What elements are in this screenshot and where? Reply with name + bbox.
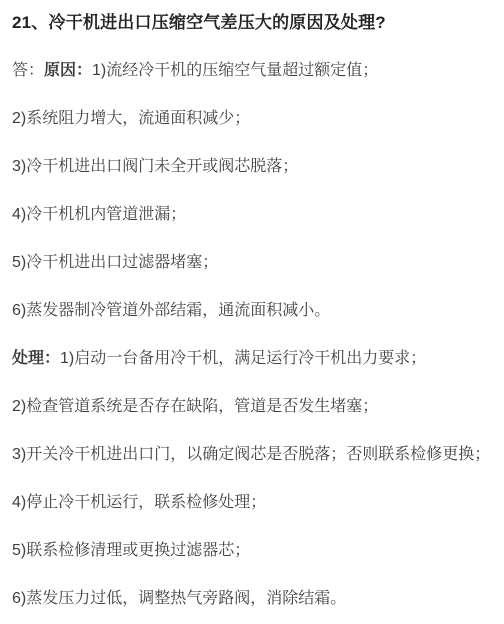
answer-label: 答： bbox=[12, 62, 44, 79]
treatment-item: 1)启动一台备用冷干机，满足运行冷干机出力要求； bbox=[60, 350, 426, 367]
answer-cause-first-line: 答：原因：1)流经冷干机的压缩空气量超过额定值； bbox=[12, 60, 494, 81]
treatment-label: 处理： bbox=[12, 350, 60, 367]
document-page: 21、冷干机进出口压缩空气差压大的原因及处理? 答：原因：1)流经冷干机的压缩空… bbox=[0, 0, 504, 609]
cause-item: 1)流经冷干机的压缩空气量超过额定值； bbox=[92, 62, 378, 79]
cause-item: 3)冷干机进出口阀门未全开或阀芯脱落； bbox=[12, 156, 494, 177]
treatment-first-line: 处理：1)启动一台备用冷干机，满足运行冷干机出力要求； bbox=[12, 348, 494, 369]
cause-item: 5)冷干机进出口过滤器堵塞； bbox=[12, 252, 494, 273]
treatment-item: 2)检查管道系统是否存在缺陷，管道是否发生堵塞； bbox=[12, 396, 494, 417]
cause-label: 原因： bbox=[44, 62, 92, 79]
cause-item: 4)冷干机机内管道泄漏； bbox=[12, 204, 494, 225]
cause-item: 6)蒸发器制冷管道外部结霜，通流面积减小。 bbox=[12, 300, 494, 321]
question-title: 21、冷干机进出口压缩空气差压大的原因及处理? bbox=[12, 12, 494, 34]
treatment-item: 6)蒸发压力过低，调整热气旁路阀，消除结霜。 bbox=[12, 588, 494, 609]
treatment-item: 5)联系检修清理或更换过滤器芯； bbox=[12, 540, 494, 561]
cause-item: 2)系统阻力增大，流通面积减少； bbox=[12, 108, 494, 129]
treatment-item: 3)开关冷干机进出口门，以确定阀芯是否脱落；否则联系检修更换； bbox=[12, 444, 494, 465]
treatment-item: 4)停止冷干机运行，联系检修处理； bbox=[12, 492, 494, 513]
